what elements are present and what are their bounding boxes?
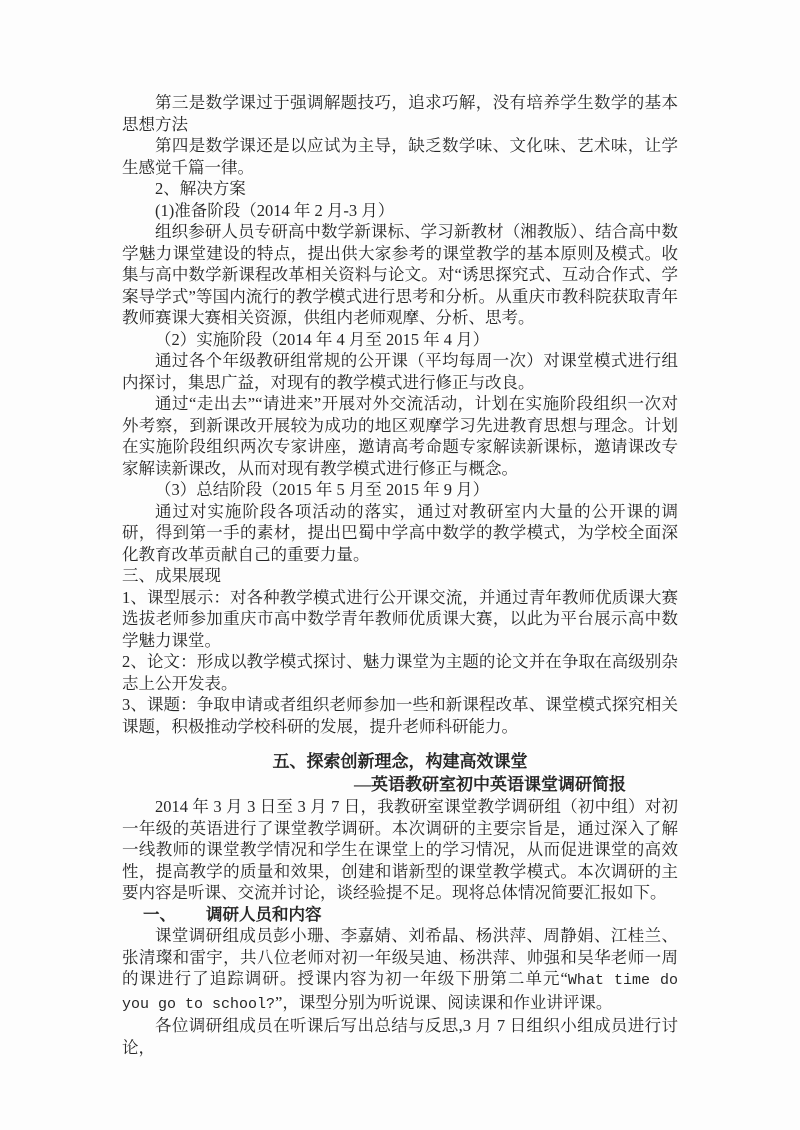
document-page: 第三是数学课过于强调解题技巧，追求巧解，没有培养学生数学的基本思想方法 第四是数… [0, 0, 800, 1130]
para-prep-detail: 组织参研人员专研高中数学新课标、学习新教材（湘教版）、结合高中数学魅力课堂建设的… [122, 221, 678, 329]
members-text-post: ”，课型分别为听说课、阅读课和作业讲评课。 [275, 993, 612, 1012]
para-prep-stage: (1)准备阶段（2014 年 2 月-3 月） [122, 200, 678, 222]
para-issue-third: 第三是数学课过于强调解题技巧，追求巧解，没有培养学生数学的基本思想方法 [122, 92, 678, 135]
para-achievement-1: 1、课型展示：对各种教学模式进行公开课交流，并通过青年教师优质课大赛选拔老师参加… [122, 587, 678, 652]
para-survey-intro: 2014 年 3 月 3 日至 3 月 7 日，我教研室课堂教学调研组（初中组）… [122, 796, 678, 904]
para-achievement-3: 3、课题：争取申请或者组织老师参加一些和新课程改革、课堂模式探究相关课题，积极推… [122, 694, 678, 737]
para-achievement-2: 2、论文：形成以教学模式探讨、魅力课堂为主题的论文并在争取在高级别杂志上公开发表… [122, 651, 678, 694]
para-summary-stage: （3）总结阶段（2015 年 5 月至 2015 年 9 月） [122, 479, 678, 501]
section5-subtitle: —英语教研室初中英语课堂调研简报 [212, 773, 768, 796]
heading-survey-personnel: 一、调研人员和内容 [122, 904, 678, 926]
para-solution-heading: 2、解决方案 [122, 178, 678, 200]
para-issue-fourth: 第四是数学课还是以应试为主导，缺乏数学味、文化味、艺术味，让学生感觉千篇一律。 [122, 135, 678, 178]
para-survey-closing: 各位调研组成员在听课后写出总结与反思,3 月 7 日组织小组成员进行讨论， [122, 1015, 678, 1058]
para-impl-detail-1: 通过各个年级教研组常规的公开课（平均每周一次）对课堂模式进行组内探讨，集思广益，… [122, 350, 678, 393]
section5-title: 五、探索创新理念，构建高效课堂 [122, 750, 678, 773]
para-survey-members: 课堂调研组成员彭小珊、李嘉婧、刘希晶、杨洪萍、周静娟、江桂兰、张清璨和雷宇，共八… [122, 925, 678, 1015]
heading-number: 一、 [143, 905, 176, 924]
para-impl-detail-2: 通过“走出去”“请进来”开展对外交流活动，计划在实施阶段组织一次对外考察，到新课… [122, 393, 678, 479]
heading-achievements: 三、成果展现 [122, 565, 678, 587]
para-impl-stage: （2）实施阶段（2014 年 4 月至 2015 年 4 月） [122, 329, 678, 351]
para-summary-detail: 通过对实施阶段各项活动的落实，通过对教研室内大量的公开课的调研，得到第一手的素材… [122, 501, 678, 566]
heading-text: 调研人员和内容 [206, 905, 322, 924]
